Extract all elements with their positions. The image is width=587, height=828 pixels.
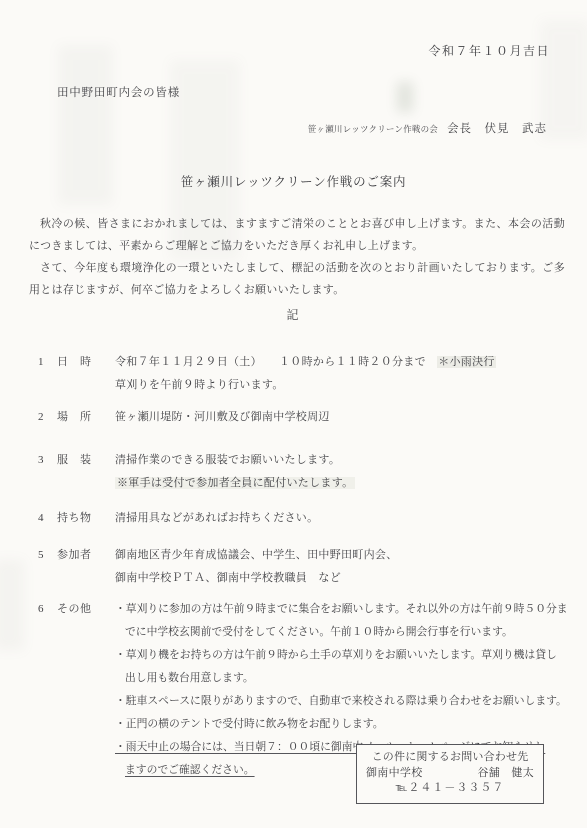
greeting-section: 秋冷の候、皆さまにおかれましては、ますますご清栄のこととお喜び申し上げます。また…: [29, 213, 565, 301]
datetime-text: 令和７年１１月２９日（土） １０時から１１時２０分まで: [115, 356, 437, 368]
bullet-line: 出し用も数台用意します。: [125, 667, 568, 690]
greeting-paragraph-1: 秋冷の候、皆さまにおかれましては、ますますご清栄のこととお喜び申し上げます。また…: [29, 213, 565, 257]
item-line: ※軍手は受付で参加者全員に配付いたします。: [115, 472, 568, 495]
item-line: 清掃用具などがあればお持ちください。: [115, 507, 568, 530]
scanned-letter-page: 令和７年１０月吉日 田中野田町内会の皆様 笹ヶ瀬川レッツクリーン作戦の会会長 伏…: [0, 0, 587, 828]
item-line: 御南地区青少年育成協議会、中学生、田中野田町内会、: [115, 544, 568, 567]
item-clothing: 3 服 装 清掃作業のできる服装でお願いいたします。 ※軍手は受付で参加者全員に…: [38, 449, 568, 495]
rain-note: ＊小雨決行: [437, 356, 496, 368]
detail-items: 1 日 時 令和７年１１月２９日（土） １０時から１１時２０分まで ＊小雨決行 …: [38, 351, 568, 782]
scan-artifact: [397, 82, 413, 112]
bullet-line: ・正門の横のテントで受付時に飲み物をお配りします。: [115, 713, 568, 736]
contact-phone: ℡２４１－３３５７: [364, 781, 536, 797]
scan-artifact: [540, 20, 587, 140]
item-number: 1: [38, 351, 57, 397]
item-label: 場 所: [57, 406, 115, 429]
item-number: 6: [38, 598, 57, 782]
item-label: 参加者: [57, 544, 115, 590]
bullet-line: ・駐車スペースに限りがありますので、自動車で来校される際は乗り合わせをお願いしま…: [115, 690, 568, 713]
item-number: 3: [38, 449, 57, 495]
scan-artifact: [0, 560, 24, 650]
contact-heading: この件に関するお問い合わせ先: [364, 750, 536, 766]
contact-person: 谷舗 健太: [478, 766, 535, 782]
item-belongings: 4 持ち物 清掃用具などがあればお持ちください。: [38, 507, 568, 530]
sender-organization: 笹ヶ瀬川レッツクリーン作戦の会: [308, 124, 438, 134]
contact-school: 御南中学校: [366, 766, 423, 782]
record-mark: 記: [0, 306, 587, 323]
item-line: 草刈りを午前９時より行います。: [115, 374, 568, 397]
item-line: 清掃作業のできる服装でお願いいたします。: [115, 449, 568, 472]
bullet-line: ・草刈りに参加の方は午前９時までに集合をお願いします。それ以外の方は午前９時５０…: [115, 598, 568, 621]
gloves-note: ※軍手は受付で参加者全員に配付いたします。: [115, 477, 355, 489]
greeting-paragraph-2: さて、今年度も環境浄化の一環といたしまして、標記の活動を次のとおり計画いたしてお…: [29, 257, 565, 301]
item-label: 服 装: [57, 449, 115, 495]
item-line: 令和７年１１月２９日（土） １０時から１１時２０分まで ＊小雨決行: [115, 351, 568, 374]
bullet-line: ・草刈り機をお持ちの方は午前９時から土手の草刈りをお願いいたします。草刈り機は貸…: [115, 644, 568, 667]
contact-person-row: 御南中学校 谷舗 健太: [364, 766, 536, 782]
sender-line: 笹ヶ瀬川レッツクリーン作戦の会会長 伏見 武志: [308, 119, 547, 137]
bullet-line: でに中学校玄関前で受付をしてください。午前１０時から開会行事を行います。: [125, 621, 568, 644]
item-participants: 5 参加者 御南地区青少年育成協議会、中学生、田中野田町内会、 御南中学校ＰＴＡ…: [38, 544, 568, 590]
item-label: その他: [57, 598, 115, 782]
item-number: 2: [38, 406, 57, 429]
item-place: 2 場 所 笹ヶ瀬川堤防・河川敷及び御南中学校周辺: [38, 406, 568, 429]
item-datetime: 1 日 時 令和７年１１月２９日（土） １０時から１１時２０分まで ＊小雨決行 …: [38, 351, 568, 397]
item-label: 持ち物: [57, 507, 115, 530]
item-line: 御南中学校ＰＴＡ、御南中学校教職員 など: [115, 567, 568, 590]
item-number: 5: [38, 544, 57, 590]
sender-name: 会長 伏見 武志: [447, 123, 547, 135]
item-line: 笹ヶ瀬川堤防・河川敷及び御南中学校周辺: [115, 406, 568, 429]
addressee-line: 田中野田町内会の皆様: [57, 84, 180, 100]
item-label: 日 時: [57, 351, 115, 397]
contact-box: この件に関するお問い合わせ先 御南中学校 谷舗 健太 ℡２４１－３３５７: [356, 744, 544, 804]
item-number: 4: [38, 507, 57, 530]
document-title: 笹ヶ瀬川レッツクリーン作戦のご案内: [0, 172, 587, 190]
document-date: 令和７年１０月吉日: [428, 42, 550, 59]
